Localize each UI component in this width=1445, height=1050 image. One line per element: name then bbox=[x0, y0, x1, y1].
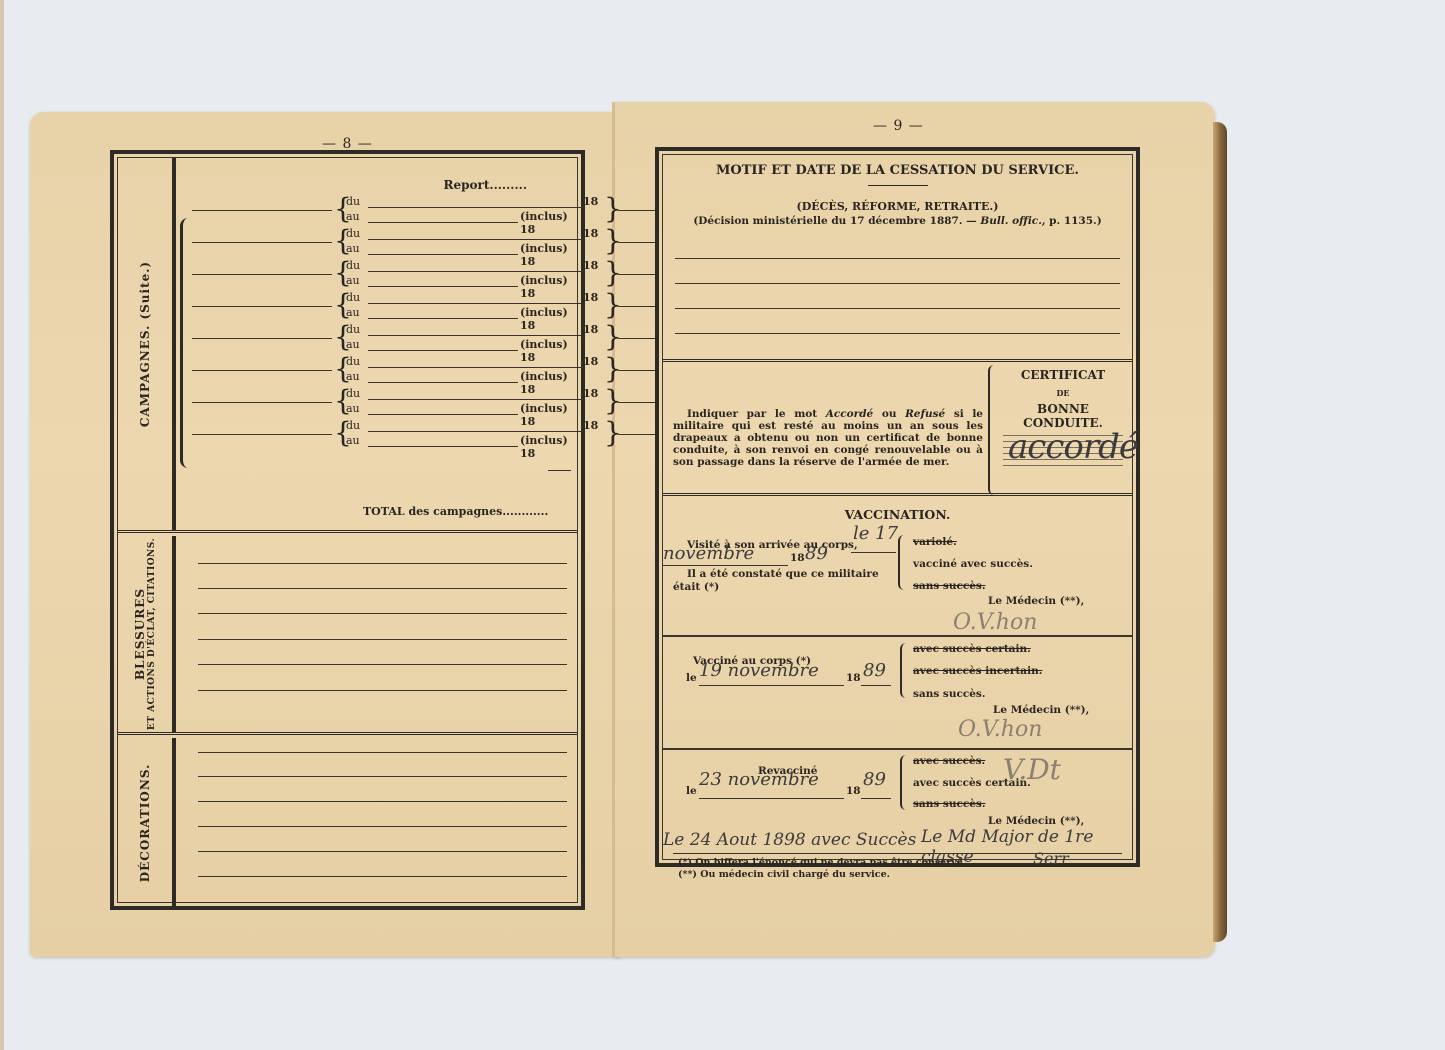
campaign-name-field[interactable] bbox=[192, 210, 332, 211]
campaign-row: { du au 18 (inclus) 18 } bbox=[188, 194, 577, 226]
revaccinated-date-field[interactable] bbox=[699, 798, 844, 799]
subtotal-line[interactable] bbox=[548, 470, 571, 471]
from-date-field[interactable] bbox=[368, 303, 583, 304]
from-date-field[interactable] bbox=[368, 399, 583, 400]
brace-right: } bbox=[604, 258, 622, 288]
year-from: 18 bbox=[583, 195, 598, 208]
campaign-row: { du au 18 (inclus) 18 } bbox=[188, 226, 577, 258]
brace-right: } bbox=[604, 226, 622, 256]
visit-option: sans succès. bbox=[913, 580, 986, 592]
wounds-subtitle: ET ACTIONS D'ÉCLAT, CITATIONS. bbox=[147, 538, 157, 730]
to-date-field[interactable] bbox=[368, 254, 518, 255]
brace-right: } bbox=[604, 386, 622, 416]
to-date-field[interactable] bbox=[368, 222, 518, 223]
year-from: 18 bbox=[583, 259, 598, 272]
decorations-line[interactable] bbox=[198, 801, 567, 802]
doctor-signature: O.V.hon bbox=[958, 717, 1042, 742]
vaccinated-brace bbox=[900, 643, 908, 698]
wounds-line[interactable] bbox=[198, 639, 567, 640]
to-date-field[interactable] bbox=[368, 414, 518, 415]
visit-option: vacciné avec succès. bbox=[913, 558, 1033, 570]
campaign-duration-field[interactable] bbox=[618, 370, 658, 371]
vaccinated-year-prefix: 18 bbox=[846, 672, 861, 684]
campaign-duration-field[interactable] bbox=[618, 210, 658, 211]
handwritten-signature: Serr bbox=[1033, 849, 1069, 868]
from-date-field[interactable] bbox=[368, 335, 583, 336]
instr-refuse: Refusé bbox=[905, 408, 945, 420]
section-divider bbox=[663, 635, 1132, 637]
doctor-label: Le Médecin (**), bbox=[993, 704, 1089, 716]
campaign-name-field[interactable] bbox=[192, 434, 332, 435]
reference-suffix: , p. 1135.) bbox=[1042, 215, 1102, 227]
to-date-field[interactable] bbox=[368, 286, 518, 287]
visit-month-handwritten: novembre bbox=[663, 543, 754, 564]
decorations-label-column: DÉCORATIONS. bbox=[118, 738, 176, 908]
revaccinated-date-handwritten: 23 novembre bbox=[699, 769, 819, 790]
visit-brace bbox=[898, 535, 906, 590]
reference-prefix: (Décision ministérielle du 17 décembre 1… bbox=[693, 215, 980, 227]
brace-right: } bbox=[604, 290, 622, 320]
revaccinated-option: avec succès. bbox=[913, 755, 985, 767]
vaccinated-option: sans succès. bbox=[913, 688, 986, 700]
brace-right: } bbox=[604, 354, 622, 384]
revaccinated-year-handwritten: 89 bbox=[863, 769, 886, 790]
year-from: 18 bbox=[583, 323, 598, 336]
visit-day-handwritten: le 17 bbox=[853, 523, 898, 544]
revaccinated-le: le bbox=[686, 785, 697, 797]
au-label: au bbox=[346, 210, 360, 223]
to-date-field[interactable] bbox=[368, 350, 518, 351]
visit-month-field[interactable] bbox=[663, 565, 788, 566]
campaign-row: { du au 18 (inclus) 18 } bbox=[188, 386, 577, 418]
visit-year-handwritten: 89 bbox=[805, 543, 828, 564]
decorations-line[interactable] bbox=[198, 776, 567, 777]
from-date-field[interactable] bbox=[368, 207, 583, 208]
vaccinated-year-field[interactable] bbox=[861, 685, 891, 686]
revaccinated-option: sans succès. bbox=[913, 798, 986, 810]
year-from: 18 bbox=[583, 419, 598, 432]
instr-part: Indiquer par le mot bbox=[687, 408, 826, 420]
certificate-heading: CERTIFICAT bbox=[998, 368, 1128, 382]
cessation-title: MOTIF ET DATE DE LA CESSATION DU SERVICE… bbox=[663, 163, 1132, 178]
year-to: (inclus) 18 bbox=[520, 434, 577, 460]
revaccinated-brace bbox=[900, 755, 908, 810]
brace-right: } bbox=[604, 418, 622, 448]
cessation-line[interactable] bbox=[675, 308, 1120, 309]
du-label: du bbox=[346, 419, 360, 432]
au-label: au bbox=[346, 242, 360, 255]
section-divider bbox=[118, 732, 577, 736]
campaign-duration-field[interactable] bbox=[618, 306, 658, 307]
cessation-line[interactable] bbox=[675, 258, 1120, 259]
doctor-label: Le Médecin (**), bbox=[988, 815, 1084, 827]
constat-line-1: Il a été constaté que ce militaire bbox=[687, 568, 879, 580]
vaccinated-option: avec succès certain. bbox=[913, 643, 1031, 655]
campaign-duration-field[interactable] bbox=[618, 338, 658, 339]
section-divider bbox=[663, 493, 1132, 497]
from-date-field[interactable] bbox=[368, 271, 583, 272]
du-label: du bbox=[346, 291, 360, 304]
doctor-signature: V.Dt bbox=[1003, 753, 1061, 786]
wounds-label-column: BLESSURES ET ACTIONS D'ÉCLAT, CITATIONS. bbox=[118, 536, 176, 732]
certificate-instructions: Indiquer par le mot Accordé ou Refusé si… bbox=[673, 408, 983, 468]
to-date-field[interactable] bbox=[368, 382, 518, 383]
decorations-line[interactable] bbox=[198, 851, 567, 852]
left-frame: CAMPAGNES. (Suite.) Report......... { du… bbox=[110, 150, 585, 910]
du-label: du bbox=[346, 323, 360, 336]
au-label: au bbox=[346, 370, 360, 383]
title-rule bbox=[868, 185, 928, 186]
certificate-handwritten-value: accordé bbox=[1008, 427, 1138, 467]
vaccinated-year-handwritten: 89 bbox=[863, 660, 886, 681]
au-label: au bbox=[346, 434, 360, 447]
campaign-row: { du au 18 (inclus) 18 } bbox=[188, 258, 577, 290]
campaigns-label-column: CAMPAGNES. (Suite.) bbox=[118, 158, 176, 530]
decorations-label: DÉCORATIONS. bbox=[138, 764, 152, 883]
campaign-duration-field[interactable] bbox=[618, 434, 658, 435]
footnote: (*) On biffera l'énoncé qui ne devra pas… bbox=[678, 857, 966, 868]
wounds-line[interactable] bbox=[198, 690, 567, 691]
wounds-line[interactable] bbox=[198, 563, 567, 564]
wounds-line[interactable] bbox=[198, 588, 567, 589]
cessation-subtitle: (DÉCÈS, RÉFORME, RETRAITE.) bbox=[663, 200, 1132, 213]
campaign-duration-field[interactable] bbox=[618, 274, 658, 275]
decorations-line[interactable] bbox=[198, 876, 567, 877]
revaccinated-year-prefix: 18 bbox=[846, 785, 861, 797]
reference-italic: Bull. offic. bbox=[980, 215, 1042, 227]
au-label: au bbox=[346, 306, 360, 319]
to-date-field[interactable] bbox=[368, 446, 518, 447]
certificate-heading-2: BONNE CONDUITE. bbox=[998, 402, 1128, 430]
campaigns-label: CAMPAGNES. (Suite.) bbox=[138, 261, 152, 427]
constat-line-2: était (*) bbox=[673, 581, 719, 593]
revaccinated-year-field[interactable] bbox=[861, 798, 891, 799]
wounds-label: BLESSURES ET ACTIONS D'ÉCLAT, CITATIONS. bbox=[133, 538, 157, 730]
visit-day-field[interactable] bbox=[851, 552, 896, 553]
campaign-name-field[interactable] bbox=[192, 306, 332, 307]
total-campaigns-label: TOTAL des campagnes............ bbox=[363, 505, 548, 518]
wounds-line[interactable] bbox=[198, 613, 567, 614]
vaccinated-le: le bbox=[686, 672, 697, 684]
brace-right: } bbox=[604, 322, 622, 352]
du-label: du bbox=[346, 195, 360, 208]
au-label: au bbox=[346, 274, 360, 287]
from-date-field[interactable] bbox=[368, 239, 583, 240]
certificate-brace bbox=[988, 365, 996, 495]
vaccination-title: VACCINATION. bbox=[663, 507, 1132, 522]
section-divider bbox=[663, 359, 1132, 363]
year-from: 18 bbox=[583, 387, 598, 400]
to-date-field[interactable] bbox=[368, 318, 518, 319]
du-label: du bbox=[346, 387, 360, 400]
campaign-name-field[interactable] bbox=[192, 338, 332, 339]
from-date-field[interactable] bbox=[368, 367, 583, 368]
campaign-name-field[interactable] bbox=[192, 370, 332, 371]
instr-accorde: Accordé bbox=[826, 408, 874, 420]
du-label: du bbox=[346, 355, 360, 368]
au-label: au bbox=[346, 402, 360, 415]
year-from: 18 bbox=[583, 227, 598, 240]
campaign-name-field[interactable] bbox=[192, 242, 332, 243]
page-number-right: — 9 — bbox=[873, 118, 924, 134]
campaign-name-field[interactable] bbox=[192, 274, 332, 275]
campaign-row: { du au 18 (inclus) 18 } bbox=[188, 290, 577, 322]
du-label: du bbox=[346, 259, 360, 272]
cessation-reference: (Décision ministérielle du 17 décembre 1… bbox=[663, 215, 1132, 227]
section-divider bbox=[663, 748, 1132, 750]
campaign-row: { du au 18 (inclus) 18 } bbox=[188, 322, 577, 354]
vaccinated-option: avec succès incertain. bbox=[913, 665, 1042, 677]
brace-right: } bbox=[604, 194, 622, 224]
doctor-signature: O.V.hon bbox=[953, 610, 1037, 635]
right-frame: MOTIF ET DATE DE LA CESSATION DU SERVICE… bbox=[655, 147, 1140, 867]
visit-option: variolé. bbox=[913, 536, 957, 548]
report-label: Report......... bbox=[444, 178, 527, 192]
scan-edge bbox=[0, 0, 4, 1050]
du-label: du bbox=[346, 227, 360, 240]
campaign-duration-field[interactable] bbox=[618, 242, 658, 243]
footnote: (**) Ou médecin civil chargé du service. bbox=[678, 869, 890, 880]
wounds-title: BLESSURES bbox=[133, 588, 147, 680]
wounds-line[interactable] bbox=[198, 664, 567, 665]
year-from: 18 bbox=[583, 355, 598, 368]
decorations-line[interactable] bbox=[198, 826, 567, 827]
campaign-name-field[interactable] bbox=[192, 402, 332, 403]
campaign-row: { du au 18 (inclus) 18 } bbox=[188, 354, 577, 386]
vaccinated-date-field[interactable] bbox=[699, 685, 844, 686]
au-label: au bbox=[346, 338, 360, 351]
certificate-heading-de: DE bbox=[998, 388, 1128, 398]
year-from: 18 bbox=[583, 291, 598, 304]
section-divider bbox=[118, 530, 577, 534]
campaign-row: { du au 18 (inclus) 18 } bbox=[188, 418, 577, 450]
instr-part: ou bbox=[873, 408, 905, 420]
decorations-line[interactable] bbox=[198, 752, 567, 753]
doctor-label: Le Médecin (**), bbox=[988, 595, 1084, 607]
cessation-line[interactable] bbox=[675, 333, 1120, 334]
campaign-duration-field[interactable] bbox=[618, 402, 658, 403]
visit-year-prefix: 18 bbox=[790, 552, 805, 564]
vaccinated-date-handwritten: 19 novembre bbox=[699, 660, 819, 681]
from-date-field[interactable] bbox=[368, 431, 583, 432]
handwritten-note: Le 24 Aout 1898 avec Succès bbox=[663, 830, 916, 850]
cessation-line[interactable] bbox=[675, 283, 1120, 284]
